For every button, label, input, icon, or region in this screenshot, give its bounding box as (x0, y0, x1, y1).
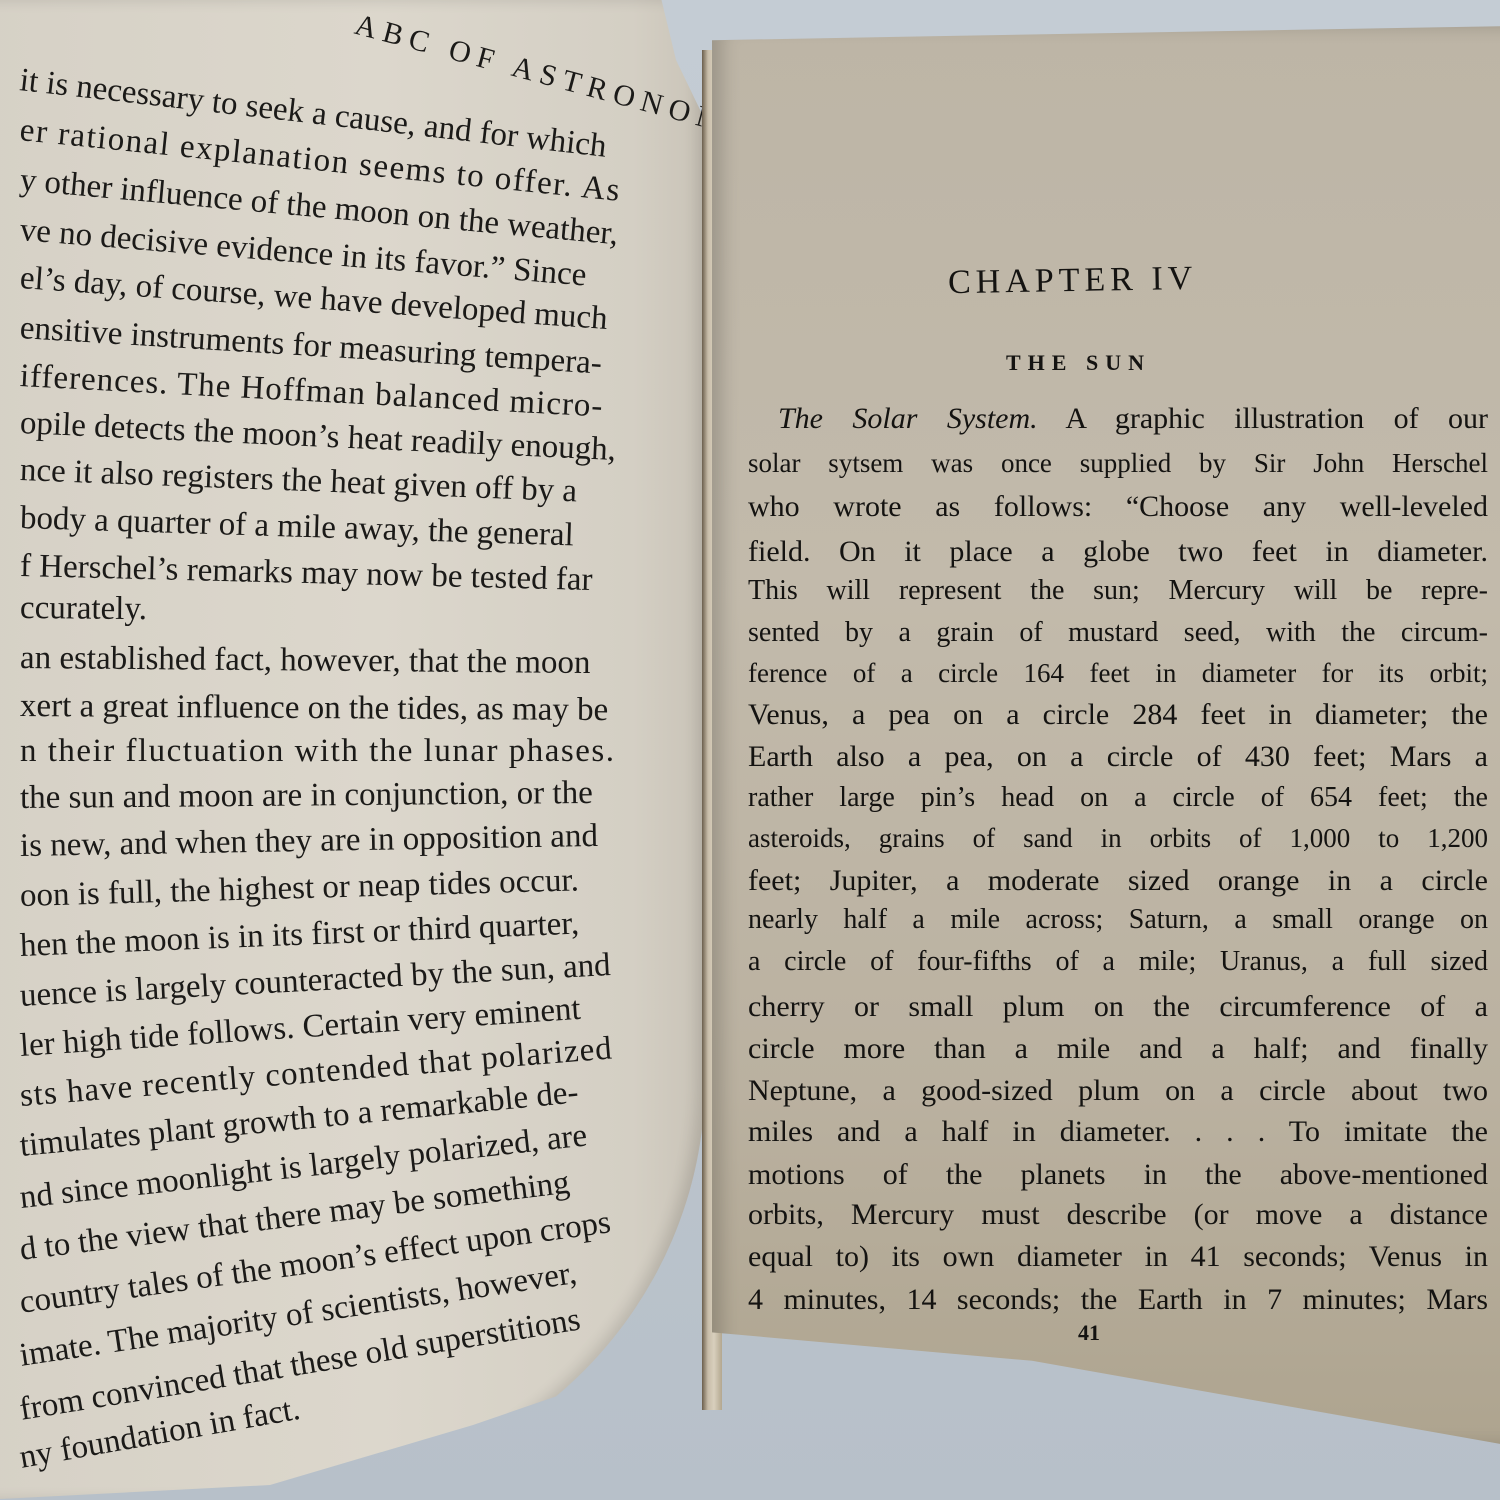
text-line: circle more than a mile and a half; and … (748, 1032, 1488, 1066)
text-line: a circle of four-fifths of a mile; Uranu… (748, 946, 1488, 978)
text-line: an established fact, however, that the m… (20, 640, 591, 682)
text-line: Neptune, a good-sized plum on a circle a… (748, 1074, 1488, 1108)
text-line: 4 minutes, 14 seconds; the Earth in 7 mi… (748, 1283, 1488, 1317)
text-line: field. On it place a globe two feet in d… (748, 535, 1488, 569)
text-line: feet; Jupiter, a moderate sized orange i… (748, 864, 1488, 898)
section-title: THE SUN (1006, 350, 1151, 376)
text-line: The Solar System. A graphic illustration… (748, 402, 1488, 436)
chapter-title: CHAPTER IV (948, 260, 1198, 302)
text-line: oon is full, the highest or neap tides o… (19, 862, 579, 915)
text-line: who wrote as follows: “Choose any well-l… (748, 490, 1488, 524)
text-line: the sun and moon are in conjunction, or … (20, 775, 593, 817)
text-line: sented by a grain of mustard seed, with … (748, 617, 1488, 649)
right-page (712, 26, 1500, 1446)
text-line: This will represent the sun; Mercury wil… (748, 575, 1488, 607)
lead-in: The Solar System. (778, 402, 1038, 435)
text-line: ference of a circle 164 feet in diameter… (748, 658, 1488, 689)
text-line: orbits, Mercury must describe (or move a… (748, 1198, 1488, 1232)
text-line: nearly half a mile across; Saturn, a sma… (748, 904, 1488, 936)
text-line: rather large pin’s head on a circle of 6… (748, 782, 1488, 814)
text-line: equal to) its own diameter in 41 seconds… (748, 1240, 1488, 1274)
text-line: n their fluctuation with the lunar phase… (20, 733, 615, 770)
text-line: miles and a half in diameter. . . . To i… (748, 1115, 1488, 1149)
left-page-text: ABC OF ASTRONOMY it is necessary to seek… (20, 0, 720, 1500)
book-photo: ABC OF ASTRONOMY it is necessary to seek… (0, 0, 1500, 1500)
page-number: 41 (1078, 1320, 1100, 1346)
text-line: Earth also a pea, on a circle of 430 fee… (748, 740, 1488, 774)
text-line: solar sytsem was once supplied by Sir Jo… (748, 448, 1488, 479)
text-line: xert a great influence on the tides, as … (20, 688, 609, 729)
text-line: is new, and when they are in opposition … (20, 818, 599, 865)
text-line: body a quarter of a mile away, the gener… (19, 500, 574, 554)
text-line: asteroids, grains of sand in orbits of 1… (748, 823, 1488, 854)
text-line: Venus, a pea on a circle 284 feet in dia… (748, 698, 1488, 732)
text-line: cherry or small plum on the circumferenc… (748, 990, 1488, 1024)
text-line: ccurately. (20, 590, 147, 628)
text-line: motions of the planets in the above-ment… (748, 1158, 1488, 1192)
